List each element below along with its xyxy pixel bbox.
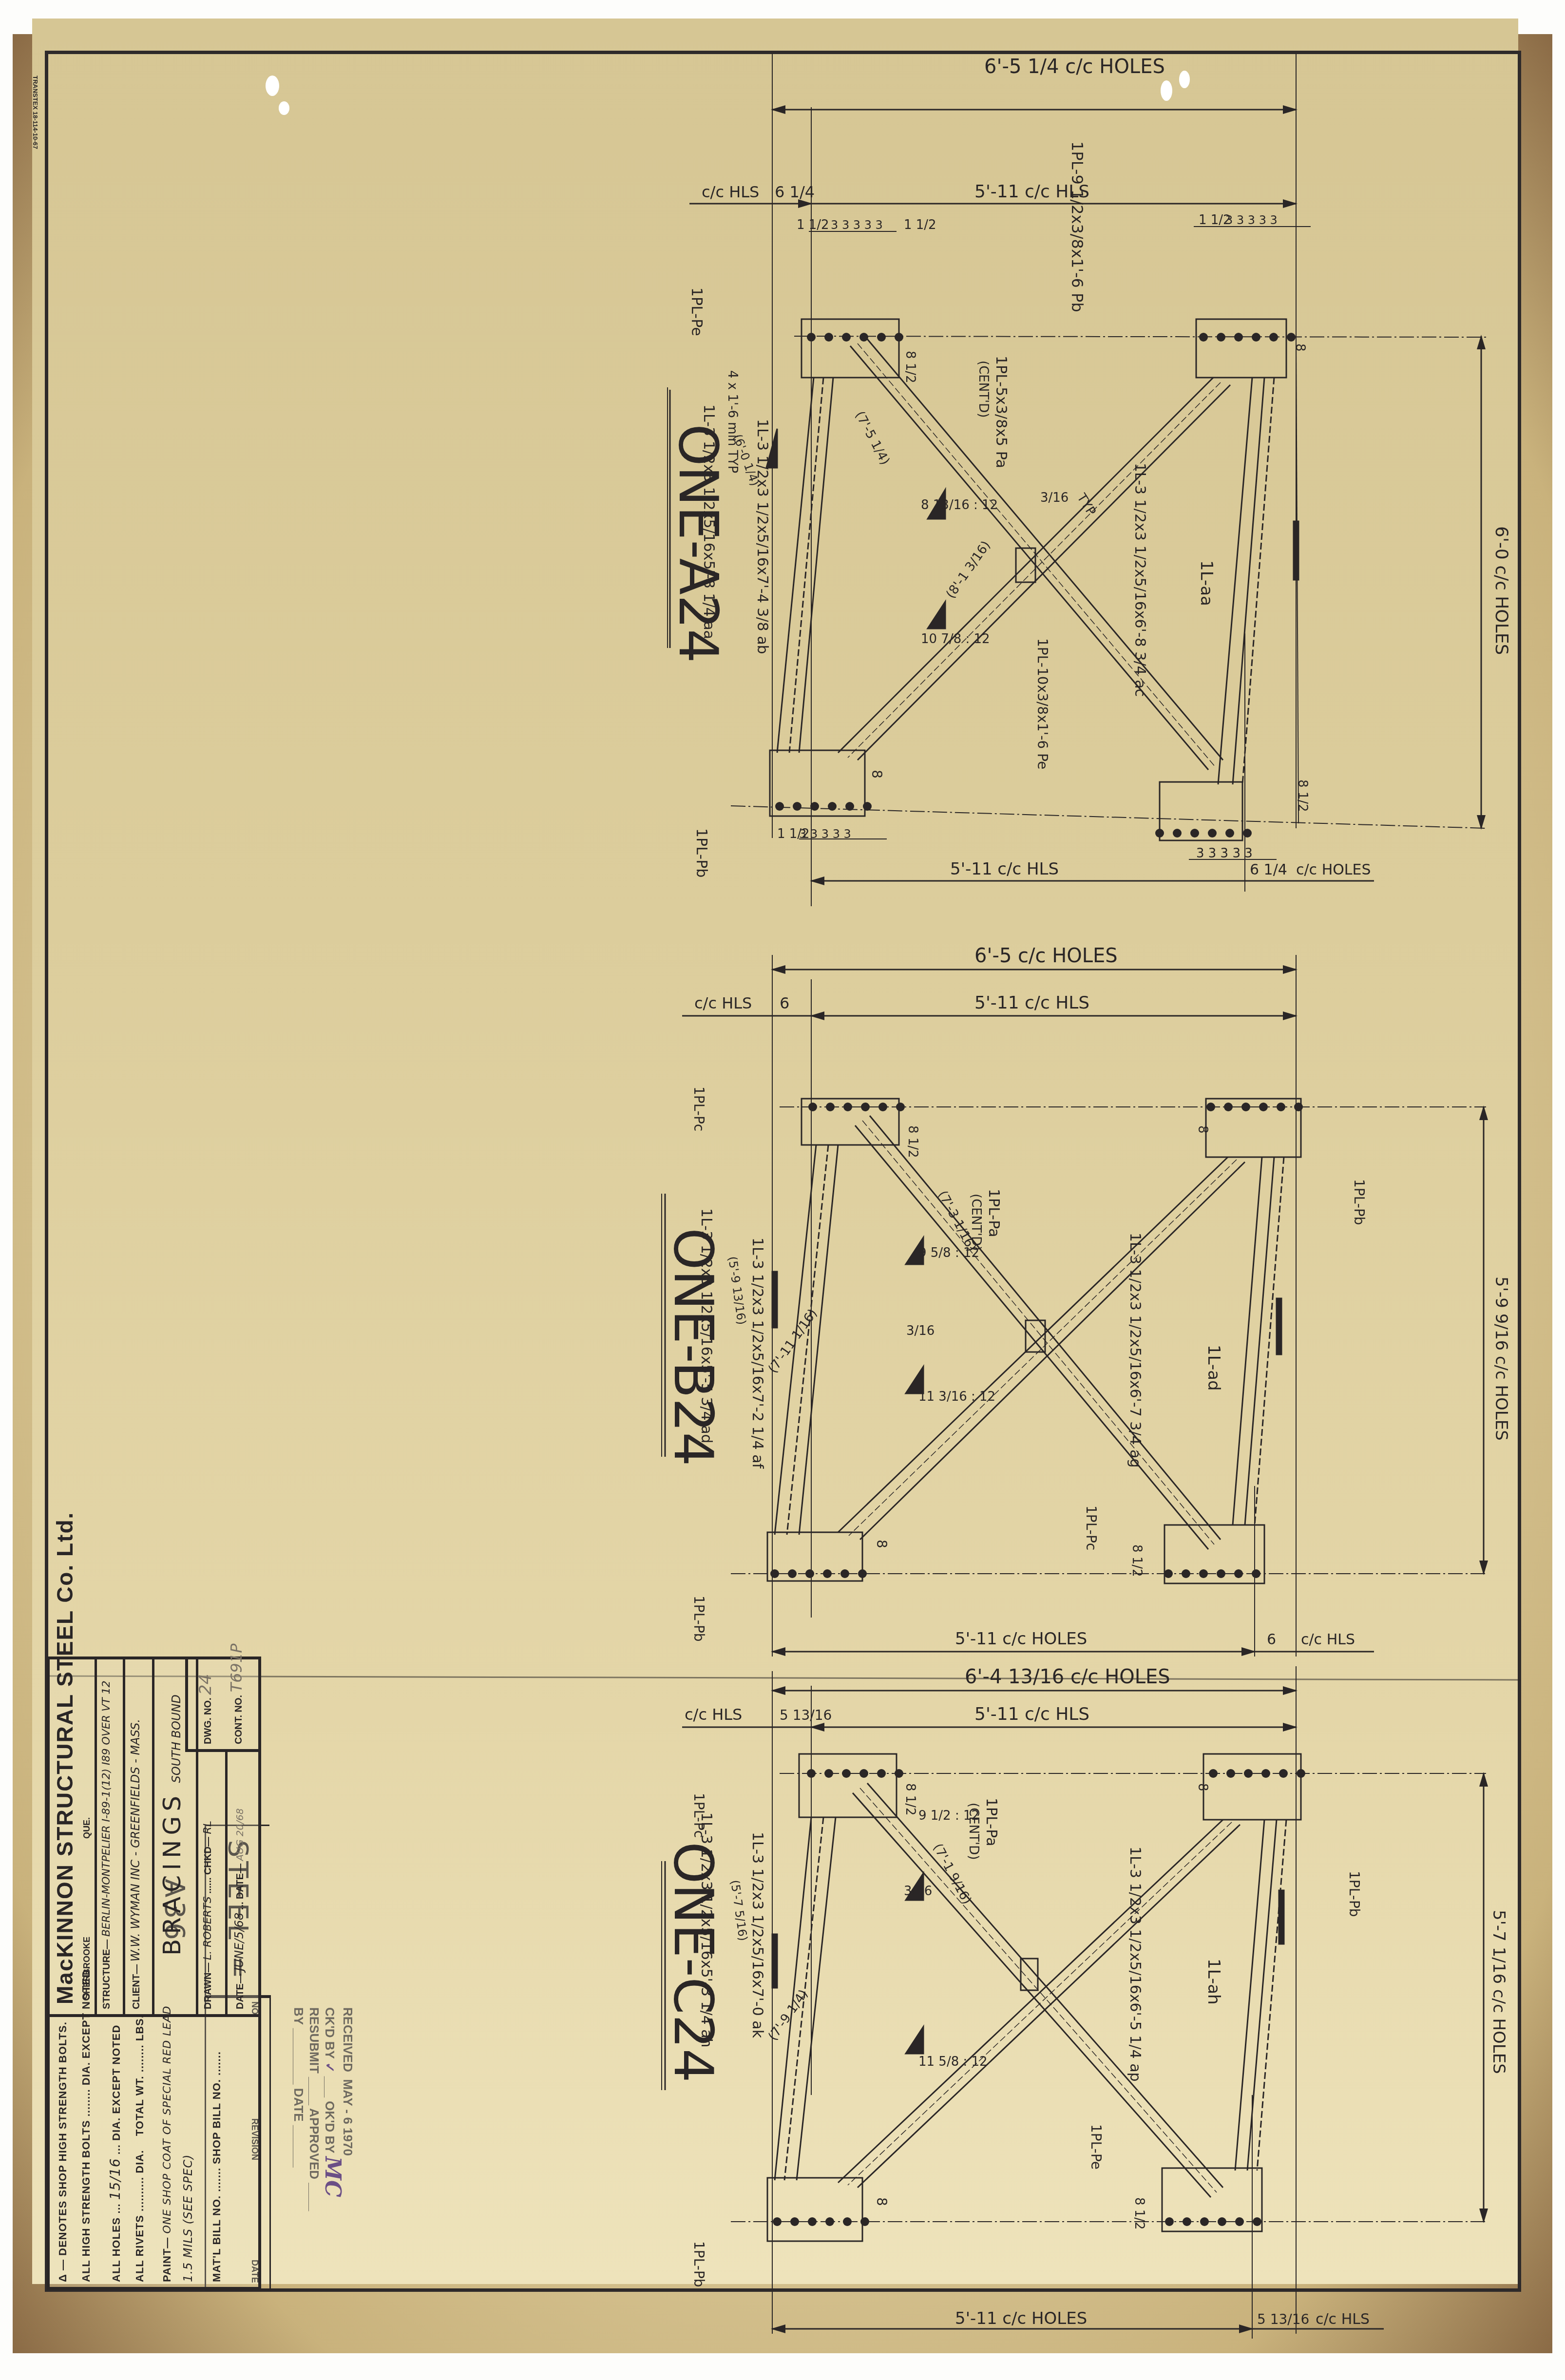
frame-a-weld-size: 3/16: [1040, 491, 1069, 505]
frame-a-diag2-length: (8'-1 3/16): [943, 538, 993, 601]
frame-c-plate-depth: 8 1/2: [903, 1783, 917, 1816]
frame-b-plate-depth: 8 1/2: [1129, 1544, 1144, 1577]
frame-one-b24: [682, 955, 1486, 1656]
frame-b-slope-2: 11 3/16 : 12: [918, 1390, 995, 1404]
drawn-value: L. ROBERTS: [202, 1896, 214, 1960]
frame-a-bottom-offset: 6 1/4: [1250, 861, 1287, 878]
note-total-wt-label: TOTAL WT.: [134, 2075, 146, 2136]
stamp-received-date: MAY - 6 1970: [341, 2079, 355, 2156]
frame-b-height-dim: 5'-9 9/16 c/c HOLES: [1491, 1276, 1511, 1441]
client-label: CLIENT: [131, 1974, 142, 2009]
frame-b-plate-bottom-right: 1PL-Pc: [1083, 1505, 1099, 1550]
note-matl-bill-label: MAT'L BILL NO.: [210, 2195, 223, 2282]
frame-a-left-vertical-label: 1L-3 1/2x3 1/2x5/16x5'-8 1/4 aa: [700, 404, 717, 639]
frame-c-bottom-dim: 5'-11 c/c HOLES: [955, 2309, 1087, 2328]
frame-a-weld-note: 4 x 1'-6 min TYP: [725, 370, 740, 473]
received-stamp: RECEIVED MAY - 6 1970 CK'D BY ✓ ___ OK'D…: [287, 2007, 356, 2251]
company-name: MacKINNON STRUCTURAL STEEL Co. Ltd.: [52, 1512, 78, 2004]
frame-b-plate-depth: 8: [874, 1540, 890, 1548]
note-total-wt-unit: LBS.: [134, 2015, 146, 2041]
frame-b-center-plate-label: 1PL-Pa: [985, 1189, 1002, 1237]
note-rivets-suffix: DIA.: [134, 2150, 146, 2173]
frame-a-right-vertical-label: 1L-aa: [1197, 560, 1216, 606]
date-value: JUNE/5/68: [232, 1913, 246, 1971]
structure-label: STRUCTURE: [101, 1949, 112, 2009]
note-shop-bill-label: SHOP BILL NO.: [210, 2079, 223, 2164]
dwg-no-label: DWG. NO.: [203, 1697, 213, 1744]
frame-b-plate-depth: 8: [1195, 1125, 1210, 1134]
note-paint-note: 1.5 MILS (SEE SPEC): [181, 2154, 195, 2282]
frame-c-plate-top-right: 1PL-Pb: [1346, 1871, 1362, 1917]
frame-a-hole-spacing-values-br: 3 3 3 3 3: [1196, 846, 1253, 861]
stamp-date-label: DATE: [291, 2088, 306, 2122]
stamp-approved-label: APPROVED: [307, 2108, 322, 2179]
frame-a-plate-depth: 8: [1293, 343, 1307, 352]
frame-a-offset: 6 1/4: [775, 183, 815, 201]
frame-c-center-plate-label: 1PL-Pa: [983, 1798, 1000, 1846]
note-hs-bolts-symbol: Δ — DENOTES SHOP HIGH STRENGTH BOLTS.: [57, 2021, 69, 2282]
stamp-resubmit-label: RESUBMIT: [307, 2007, 322, 2074]
frame-c-offset: 5 13/16: [780, 1707, 832, 1723]
note-hs-bolts-label: ALL HIGH STRENGTH BOLTS: [80, 2120, 92, 2282]
chkd-label: CHKD: [203, 1847, 213, 1875]
frame-a-slope-2: 10 7/8 : 12: [921, 632, 990, 647]
frame-c-weld-size: 3/16: [904, 1884, 932, 1899]
frame-a-hole-spacing-end: 1 1/2: [904, 218, 936, 232]
frame-b-center-plate-note: (CENT'D): [969, 1194, 983, 1251]
drawing-subtitle: SOUTH BOUND: [170, 1695, 183, 1783]
stamp-okd-signature: MC: [320, 2156, 345, 2197]
date2-value: AUG 20/68: [234, 1809, 246, 1861]
stamp-okd-label: OK'D BY: [323, 2101, 337, 2153]
note-rivets-label: ALL RIVETS: [134, 2215, 146, 2282]
title-block-notes: Δ — DENOTES SHOP HIGH STRENGTH BOLTS. AL…: [50, 2014, 258, 2287]
frame-a-slope-1: 8 13/16 : 12: [921, 498, 998, 513]
frame-c-offset-label: c/c HLS: [685, 1705, 742, 1724]
note-holes-label: ALL HOLES: [110, 2217, 122, 2282]
frame-a-plate-depth: 8 1/2: [903, 351, 917, 383]
company-city: SHERBROOKE: [82, 1937, 92, 1999]
frame-a-plate-depth: 8: [869, 770, 885, 779]
client-value: W.W. WYMAN INC - GREENFIELDS - MASS.: [129, 1719, 142, 1961]
frame-b-overall-dim: 6'-5 c/c HOLES: [974, 945, 1118, 967]
structure-value: BERLIN-MONTPELIER I-89-1(12) I89 OVER VT…: [100, 1680, 113, 1937]
frame-a-hole-spacing-values: 3 3 3 3 3: [831, 218, 883, 232]
frame-b-bottom-dim: 5'-11 c/c HOLES: [955, 1629, 1087, 1649]
frame-a-offset-label: c/c HLS: [702, 183, 759, 201]
frame-a-hole-spacing-values-bl: 3 3 3 3 3: [799, 827, 851, 841]
frame-b-right-vertical-label: 1L-ad: [1204, 1345, 1223, 1391]
dwg-no-value: 24: [196, 1674, 215, 1695]
stamp-ckd-value: ✓: [323, 2062, 337, 2073]
frame-b-left-vertical-length: (5'-9 13/16): [725, 1256, 748, 1326]
frame-b-plate-bottom-left: 1PL-Pb: [691, 1596, 707, 1642]
frame-c-diag2-label: 1L-3 1/2x3 1/2x5/16x6'-5 1/4 ap: [1126, 1847, 1144, 2082]
frame-c-plate-bottom-left: 1PL-Pb: [691, 2241, 707, 2287]
note-holes-value: 15/16: [107, 2158, 123, 2200]
frame-c-plate-depth: 8: [1195, 1783, 1210, 1791]
frame-a-hole-spacing-values-right: 3 3 3 3 3: [1225, 213, 1278, 227]
frame-c-left-vertical-label: 1L-3 1/2x3 1/2x5/16x5'-3 1/4 ah: [698, 1812, 715, 2048]
frame-a-center-plate-label: 1PL-5x3/8x5 Pa: [992, 356, 1010, 468]
frame-a-plate-bottom-left: 1PL-Pb: [693, 828, 710, 877]
frame-a-bottom-offset-label: c/c HOLES: [1296, 861, 1371, 878]
frame-b-bottom-offset-label: c/c HLS: [1301, 1631, 1355, 1648]
frame-c-right-vertical-label: 1L-ah: [1204, 1959, 1223, 2005]
frame-b-plate-depth: 8 1/2: [905, 1125, 920, 1158]
frame-b-bottom-offset: 6: [1267, 1631, 1276, 1648]
frame-c-bottom-offset-label: c/c HLS: [1316, 2311, 1370, 2328]
frame-c-height-dim: 5'-7 1/16 c/c HOLES: [1489, 1910, 1508, 2074]
frame-a-height-dim: 6'-0 c/c HOLES: [1491, 526, 1511, 655]
frame-b-weld-size: 3/16: [906, 1324, 935, 1338]
note-paint-label: PAINT: [161, 2248, 173, 2282]
frame-c-left-vertical-length: (5'-7 5/16): [728, 1879, 750, 1942]
cont-no-label: CONT. NO.: [233, 1695, 244, 1744]
company-province: QUE.: [82, 1817, 92, 1839]
stamp-by-label: BY: [291, 2007, 306, 2025]
frame-c-plate-depth: 8: [874, 2197, 890, 2206]
frame-a-diag1-label: 1L-3 1/2x3 1/2x5/16x7'-4 3/8 ab: [754, 419, 771, 654]
frame-a-bottom-dim: 5'-11 c/c HLS: [950, 859, 1059, 879]
frame-c-slope-2: 11 5/8 : 12: [918, 2055, 988, 2069]
frame-a-mark: ONE-A24: [667, 424, 729, 663]
frame-b-plate-top-right: 1PL-Pb: [1351, 1179, 1367, 1225]
frame-c-overall-dim: 6'-4 13/16 c/c HOLES: [965, 1666, 1170, 1688]
frame-b-clear-dim: 5'-11 c/c HLS: [974, 993, 1089, 1013]
cont-no-value: T691P: [227, 1643, 246, 1692]
frame-b-diag2-label: 1L-3 1/2x3 1/2x5/16x6'-7 3/4 ag: [1126, 1233, 1144, 1468]
title-block: Δ — DENOTES SHOP HIGH STRENGTH BOLTS. AL…: [47, 1656, 261, 2290]
frame-c-diag1-label: 1L-3 1/2x3 1/2x5/16x7'-0 ak: [749, 1832, 766, 2038]
frame-c-bottom-offset: 5 13/16: [1257, 2311, 1309, 2327]
frame-a-plate-top-right: 1PL-9 1/2x3/8x1'-6 Pb: [1068, 141, 1087, 312]
drawing-title: BRACINGS: [158, 1791, 186, 1956]
note-paint-value: ONE SHOP COAT OF SPECIAL RED LEAD: [161, 2006, 173, 2234]
drawn-label: DRAWN: [203, 1972, 213, 2009]
stamp-received-label: RECEIVED: [341, 2007, 355, 2072]
frame-a-center-plate-note: (CENT'D): [976, 361, 991, 418]
frame-c-plate-depth: 8 1/2: [1132, 2197, 1146, 2230]
frame-a-hole-spacing: 1 1/2: [797, 218, 829, 232]
frame-b-left-vertical-label: 1L-3 1/2x3 1/2x5/16x5'-5 3/4 ad: [698, 1208, 715, 1444]
chkd-value: RL: [202, 1821, 214, 1834]
stamp-ckd-label: CK'D BY: [323, 2007, 337, 2058]
note-holes-suffix: DIA. EXCEPT NOTED: [110, 2025, 122, 2141]
title-block-main: MacKINNON STRUCTURAL STEEL Co. Ltd. SHER…: [50, 1659, 258, 2014]
frame-b-offset: 6: [780, 994, 789, 1012]
frame-b-plate-top-left: 1PL-Pc: [691, 1086, 707, 1131]
frame-c-plate-top-left: 1PL-Pc: [691, 1793, 707, 1838]
frame-b-offset-label: c/c HLS: [694, 994, 752, 1012]
frame-a-plate-top-left: 1PL-Pe: [688, 287, 705, 336]
frame-c-plate-bottom-right: 1PL-Pe: [1088, 2124, 1104, 2170]
frame-a-plate-depth: 8 1/2: [1295, 780, 1310, 812]
frame-a-diag2-label: 1L-3 1/2x3 1/2x5/16x6'-8 3/4 ac: [1131, 463, 1148, 697]
frame-a-overall-dim: 6'-5 1/4 c/c HOLES: [984, 56, 1165, 78]
frame-b-diag1-label: 1L-3 1/2x3 1/2x5/16x7'-2 1/4 af: [749, 1238, 766, 1469]
frame-a-diag1-length: (7'-5 1/4): [852, 409, 893, 467]
frame-c-center-plate-note: (CENT'D): [966, 1803, 981, 1860]
frame-a-plate-bottom-right: 1PL-10x3/8x1'-6 Pe: [1034, 638, 1050, 769]
date2-label: DATE: [235, 1873, 246, 1899]
frame-c-clear-dim: 5'-11 c/c HLS: [974, 1704, 1089, 1724]
date-label: DATE: [235, 1983, 246, 2009]
drawing-number-box: DWG. NO. 24 CONT. NO. T691P: [185, 1659, 258, 1752]
